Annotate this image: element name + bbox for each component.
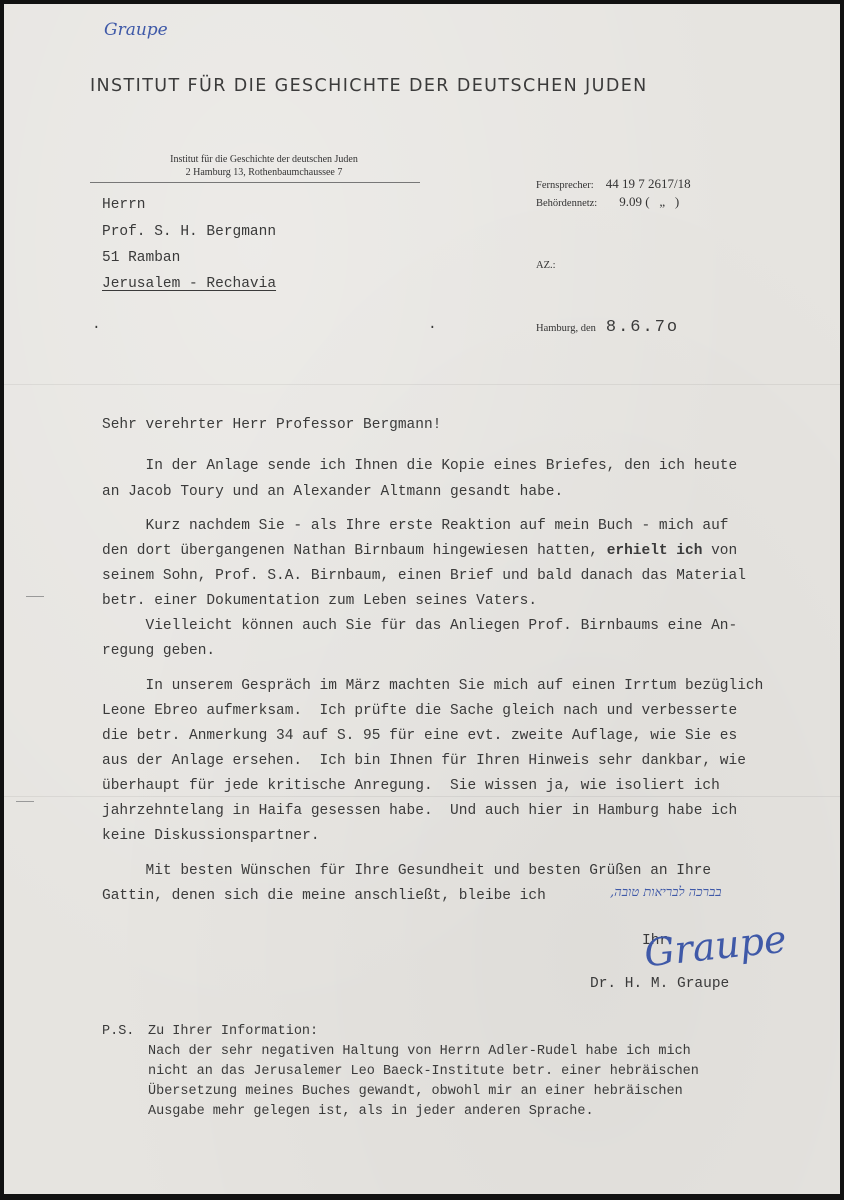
body-line: die betr. Anmerkung 34 auf S. 95 für ein… <box>102 728 737 744</box>
ps-line: Ausgabe mehr gelegen ist, als in jeder a… <box>148 1104 594 1119</box>
phone-value: 44 19 7 2617/18 <box>606 176 691 191</box>
ps-label: P.S. <box>102 1024 134 1039</box>
body-line: betr. einer Dokumentation zum Leben sein… <box>102 593 537 609</box>
recipient-line-4: Jerusalem - Rechavia <box>102 276 276 292</box>
body-line: Mit besten Wünschen für Ihre Gesundheit … <box>102 863 711 879</box>
hebrew-handwritten-note: בברכה לבריאות טובה, <box>610 884 722 900</box>
fold-line <box>4 796 840 797</box>
sender-address: Institut für die Geschichte der deutsche… <box>124 153 404 179</box>
date-value: 8.6.7o <box>606 318 679 337</box>
ps-line: nicht an das Jerusalemer Leo Baeck-Insti… <box>148 1064 699 1079</box>
dot-mark: . <box>92 317 101 333</box>
fold-line <box>4 384 840 385</box>
sender-line-1: Institut für die Geschichte der deutsche… <box>124 153 404 166</box>
body-line: aus der Anlage ersehen. Ich bin Ihnen fü… <box>102 753 746 769</box>
body-line-tail: von <box>702 543 737 559</box>
letterhead-title: INSTITUT FÜR DIE GESCHICHTE DER DEUTSCHE… <box>90 76 648 96</box>
salutation: Sehr verehrter Herr Professor Bergmann! <box>102 417 441 433</box>
sender-line-2: 2 Hamburg 13, Rothenbaumchaussee 7 <box>124 166 404 179</box>
ps-heading: Zu Ihrer Information: <box>148 1024 318 1039</box>
date-row: Hamburg, den 8.6.7o <box>536 318 679 337</box>
letter-page: Graupe INSTITUT FÜR DIE GESCHICHTE DER D… <box>4 4 840 1194</box>
ref-label: AZ.: <box>536 260 556 271</box>
sender-divider <box>90 182 420 183</box>
handwritten-annotation: Graupe <box>104 20 168 40</box>
network-label: Behördennetz: <box>536 198 597 209</box>
date-label: Hamburg, den <box>536 323 596 334</box>
body-line: Vielleicht können auch Sie für das Anlie… <box>102 618 737 634</box>
dot-mark: . <box>428 317 437 333</box>
punch-mark <box>16 801 34 802</box>
body-line: In unserem Gespräch im März machten Sie … <box>102 678 763 694</box>
network-row: Behördennetz: 9.09 ( „ ) <box>536 193 679 211</box>
signer-name: Dr. H. M. Graupe <box>590 976 729 992</box>
signature: Graupe <box>642 917 788 976</box>
bold-text: erhielt ich <box>607 543 703 559</box>
body-line: In der Anlage sende ich Ihnen die Kopie … <box>102 458 737 474</box>
body-line: Gattin, denen sich die meine anschließt,… <box>102 888 546 904</box>
network-value: 9.09 ( „ ) <box>619 194 679 209</box>
body-line: Leone Ebreo aufmerksam. Ich prüfte die S… <box>102 703 737 719</box>
body-line-text: den dort übergangenen Nathan Birnbaum hi… <box>102 543 607 559</box>
body-line-with-bold: den dort übergangenen Nathan Birnbaum hi… <box>102 543 737 559</box>
body-line: keine Diskussionspartner. <box>102 828 320 844</box>
body-line: Kurz nachdem Sie - als Ihre erste Reakti… <box>102 518 729 534</box>
phone-label: Fernsprecher: <box>536 180 594 191</box>
body-line: an Jacob Toury und an Alexander Altmann … <box>102 484 563 500</box>
recipient-line-3: 51 Ramban <box>102 250 180 266</box>
body-line: regung geben. <box>102 643 215 659</box>
ps-line: Nach der sehr negativen Haltung von Herr… <box>148 1044 691 1059</box>
punch-mark <box>26 596 44 597</box>
body-line: überhaupt für jede kritische Anregung. S… <box>102 778 720 794</box>
body-line: seinem Sohn, Prof. S.A. Birnbaum, einen … <box>102 568 746 584</box>
body-line: jahrzehntelang in Haifa gesessen habe. U… <box>102 803 737 819</box>
ps-line: Übersetzung meines Buches gewandt, obwoh… <box>148 1084 683 1099</box>
recipient-line-1: Herrn <box>102 197 146 213</box>
phone-row: Fernsprecher: 44 19 7 2617/18 <box>536 175 691 193</box>
recipient-line-2: Prof. S. H. Bergmann <box>102 224 276 240</box>
